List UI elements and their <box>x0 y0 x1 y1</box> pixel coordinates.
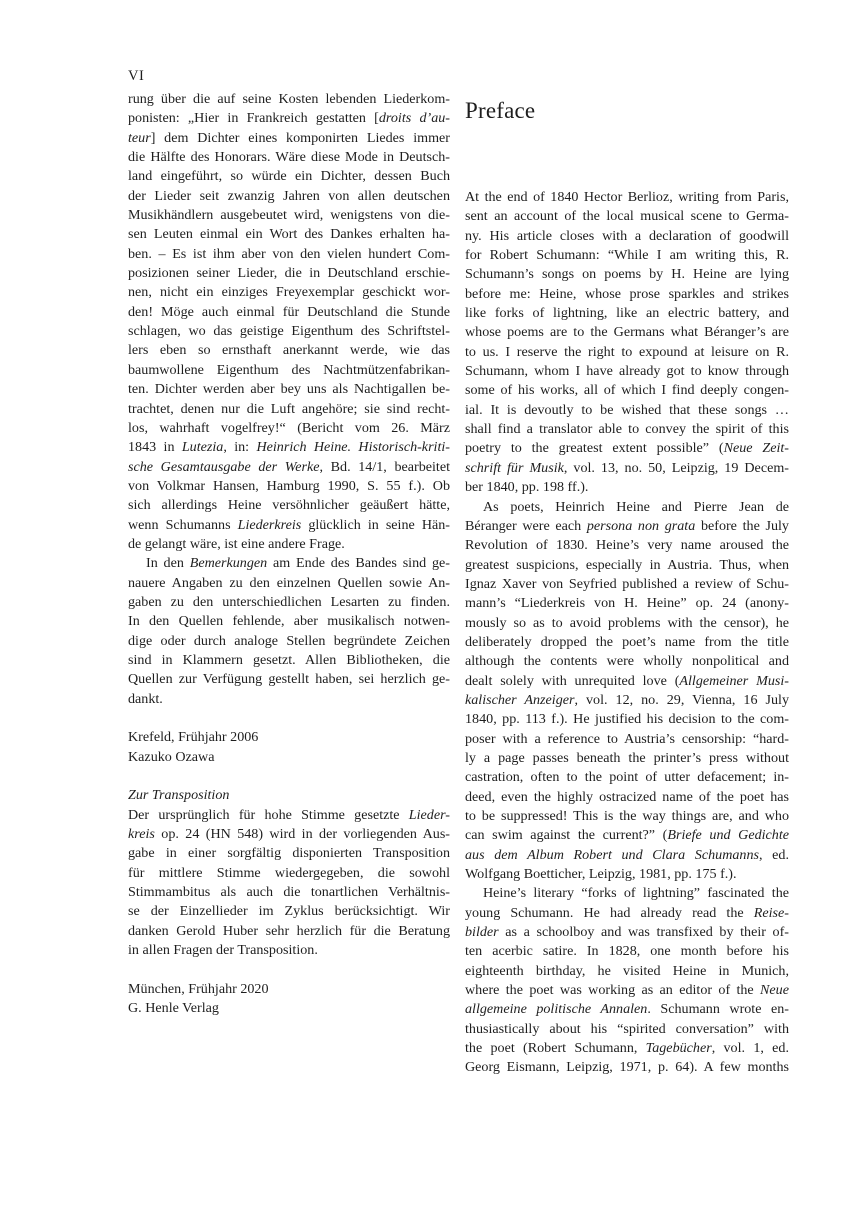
text-line: Schumann, whom I have already got to kno… <box>465 362 789 381</box>
text-line: posizionen seiner Lieder, die in Deutsch… <box>128 264 450 283</box>
text-line: die Hälfte des Honorars. Wäre diese Mode… <box>128 148 450 167</box>
english-preface-paragraph-1: At the end of 1840 Hector Berlioz, writi… <box>465 188 789 498</box>
text-line: mann’s “Liederkreis von H. Heine” op. 24… <box>465 594 789 613</box>
text-line: deed, even the highly ostracized name of… <box>465 788 789 807</box>
text-line: Der ursprünglich für hohe Stimme gesetzt… <box>128 806 450 825</box>
signature-place-date: Krefeld, Frühjahr 2006 <box>128 728 450 747</box>
text-line: se der Einzellieder im Zyklus berücksich… <box>128 902 450 921</box>
text-line: in allen Fragen der Transposition. <box>128 941 450 960</box>
text-line: In den Bemerkungen am Ende des Bandes si… <box>128 554 450 573</box>
text-line: mously so as to avoid problems with the … <box>465 614 789 633</box>
signature-place-date: München, Frühjahr 2020 <box>128 980 450 999</box>
signature-name: G. Henle Verlag <box>128 999 450 1018</box>
text-line: As poets, Heinrich Heine and Pierre Jean… <box>465 498 789 517</box>
text-line: ny. His article closes with a declaratio… <box>465 227 789 246</box>
text-line: Georg Eismann, Leipzig, 1971, p. 64). A … <box>465 1058 789 1077</box>
text-line: ben. – Es ist ihm aber von den vielen hu… <box>128 245 450 264</box>
text-line: sche Gesamtausgabe der Werke, Bd. 14/1, … <box>128 458 450 477</box>
spacer <box>128 709 450 728</box>
text-line: land eingeführt, so würde ein Dichter, d… <box>128 167 450 186</box>
english-preface-paragraph-2: As poets, Heinrich Heine and Pierre Jean… <box>465 498 789 885</box>
text-line: ber 1840, pp. 198 ff.). <box>465 478 789 497</box>
text-line: young Schumann. He had already read the … <box>465 904 789 923</box>
text-line: poser with a reference to Austria’s cens… <box>465 730 789 749</box>
text-line: deliberately dropped the poet’s name fro… <box>465 633 789 652</box>
transposition-heading: Zur Transposition <box>128 786 450 805</box>
text-line: der Lieder seit zwanzig Jahren von allen… <box>128 187 450 206</box>
text-line: 1843 in Lutezia, in: Heinrich Heine. His… <box>128 438 450 457</box>
german-preface-paragraph-1: rung über die auf seine Kosten lebenden … <box>128 90 450 554</box>
text-line: Schumann’s songs on poems by H. Heine ar… <box>465 265 789 284</box>
text-line: rung über die auf seine Kosten lebenden … <box>128 90 450 109</box>
text-line: ly a page passes beneath the printer’s p… <box>465 749 789 768</box>
text-line: Musikhändlern ausgebeutet wird, wenigste… <box>128 206 450 225</box>
text-line: teur] dem Dichter eines komponirten Lied… <box>128 129 450 148</box>
preface-heading: Preface <box>465 98 535 124</box>
right-column: At the end of 1840 Hector Berlioz, writi… <box>465 188 789 1078</box>
signature-name: Kazuko Ozawa <box>128 748 450 767</box>
text-line: nen, nicht ein einziges Freyexemplar ges… <box>128 283 450 302</box>
text-line: thusiastically about his “spirited conve… <box>465 1020 789 1039</box>
text-line: In den Quellen fehlende, aber musikalisc… <box>128 612 450 631</box>
text-line: dealt solely with unrequited love (Allge… <box>465 672 789 691</box>
text-line: kreis op. 24 (HN 548) wird in der vorlie… <box>128 825 450 844</box>
text-line: sen Leuten einmal ein Wort des Dankes er… <box>128 225 450 244</box>
text-line: dankt. <box>128 690 450 709</box>
text-line: to us. I reserve the right to expound at… <box>465 343 789 362</box>
text-line: although the contents were wholly nonpol… <box>465 652 789 671</box>
text-line: some of his works, all of which I find d… <box>465 381 789 400</box>
text-line: für mittlere Stimme wiedergegeben, die s… <box>128 864 450 883</box>
text-line: poetry to the greatest extent possible” … <box>465 439 789 458</box>
text-line: de gelangt wäre, ist eine andere Frage. <box>128 535 450 554</box>
text-line: sich allerdings Heine versöhnlicher geäu… <box>128 496 450 515</box>
text-line: lers eben so ernsthaft anerkannt werde, … <box>128 341 450 360</box>
text-line: for Robert Schumann: “While I am writing… <box>465 246 789 265</box>
spacer <box>128 960 450 979</box>
text-line: sent an account of the local musical sce… <box>465 207 789 226</box>
text-line: castration, often to the point of utter … <box>465 768 789 787</box>
text-line: ponisten: „Hier in Frankreich gestatten … <box>128 109 450 128</box>
text-line: before me: Heine, whose prose sparkles a… <box>465 285 789 304</box>
text-line: Stimmambitus als auch die tonartlichen V… <box>128 883 450 902</box>
german-preface-paragraph-2: In den Bemerkungen am Ende des Bandes si… <box>128 554 450 709</box>
page-number: VI <box>128 68 144 85</box>
text-line: baumwollene Eigenthum des Nachtmützenfab… <box>128 361 450 380</box>
text-line: bilder as a schoolboy and was transfixed… <box>465 923 789 942</box>
text-line: Quellen zur Verfügung gestellt haben, se… <box>128 670 450 689</box>
english-preface-paragraph-3: Heine’s literary “forks of lightning” fa… <box>465 884 789 1077</box>
text-line: ial. It is devoutly to be wished that th… <box>465 401 789 420</box>
text-line: von Volkmar Hansen, Hamburg 1990, S. 55 … <box>128 477 450 496</box>
text-line: shall find a translator able to convey t… <box>465 420 789 439</box>
text-line: gabe in einer sorgfältig disponierten Tr… <box>128 844 450 863</box>
text-line: can swim against the current?” (Briefe u… <box>465 826 789 845</box>
text-line: danken Gerold Huber sehr herzlich für di… <box>128 922 450 941</box>
text-line: where the poet was working as an editor … <box>465 981 789 1000</box>
text-line: like forks of lightning, like an electri… <box>465 304 789 323</box>
text-line: ten acerbic satire. In 1828, one month b… <box>465 942 789 961</box>
text-line: kalischer Anzeiger, vol. 12, no. 29, Vie… <box>465 691 789 710</box>
text-line: eighteenth birthday, he visited Heine in… <box>465 962 789 981</box>
text-line: dige oder durch analoge Stellen begründe… <box>128 632 450 651</box>
text-line: Ignaz Xaver von Seyfried published a rev… <box>465 575 789 594</box>
text-line: 1840, pp. 113 f.). He justified his deci… <box>465 710 789 729</box>
text-line: gaben zu den unterschiedlichen Lesarten … <box>128 593 450 612</box>
text-line: los, wahrhaft vogelfrey!“ (Bericht vom 2… <box>128 419 450 438</box>
text-line: Wolfgang Boetticher, Leipzig, 1981, pp. … <box>465 865 789 884</box>
text-line: den! Möge auch einmal für Deutschland di… <box>128 303 450 322</box>
text-line: schrift für Musik, vol. 13, no. 50, Leip… <box>465 459 789 478</box>
text-line: allgemeine politische Annalen. Schumann … <box>465 1000 789 1019</box>
text-line: whose poems are to the Germans what Béra… <box>465 323 789 342</box>
text-line: aus dem Album Robert und Clara Schumanns… <box>465 846 789 865</box>
text-line: Heine’s literary “forks of lightning” fa… <box>465 884 789 903</box>
spacer <box>128 767 450 786</box>
text-line: wenn Schumanns Liederkreis glücklich in … <box>128 516 450 535</box>
text-line: Revolution of 1830. Heine’s very name ar… <box>465 536 789 555</box>
transposition-paragraph: Der ursprünglich für hohe Stimme gesetzt… <box>128 806 450 961</box>
text-line: trachtet, denen nur die Luft angehöre; s… <box>128 400 450 419</box>
text-line: nauere Angaben zu den einzelnen Quellen … <box>128 574 450 593</box>
text-line: schlagen, wo das geistige Eigenthum des … <box>128 322 450 341</box>
text-line: At the end of 1840 Hector Berlioz, writi… <box>465 188 789 207</box>
text-line: Béranger were each persona non grata bef… <box>465 517 789 536</box>
text-line: ten. Dichter werden aber bey uns als Nac… <box>128 380 450 399</box>
text-line: sind in Klammern gesetzt. Allen Biblioth… <box>128 651 450 670</box>
text-line: to be suppressed! This is the way things… <box>465 807 789 826</box>
text-line: greatest suspicions, especially in Austr… <box>465 556 789 575</box>
left-column: rung über die auf seine Kosten lebenden … <box>128 90 450 1019</box>
text-line: the poet (Robert Schumann, Tagebücher, v… <box>465 1039 789 1058</box>
